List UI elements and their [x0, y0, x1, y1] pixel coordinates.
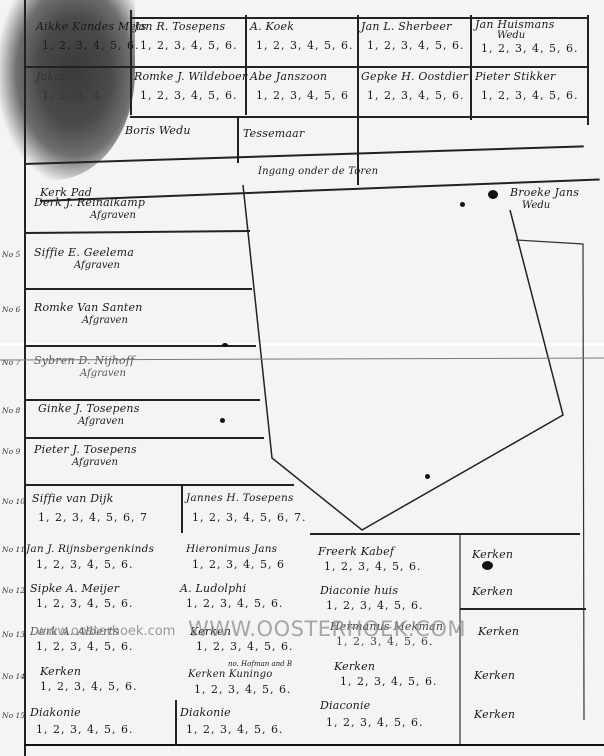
margin-number: No 10 — [2, 497, 25, 506]
plot-cell: Diaconie huis 1, 2, 3, 4, 5, 6. — [320, 584, 423, 612]
plot-owner: Diakonie — [30, 706, 133, 719]
ink-spot — [460, 202, 465, 207]
ink-spot — [488, 190, 498, 199]
plot-cell: A. Ludolphi 1, 2, 3, 4, 5, 6. — [180, 582, 283, 610]
grave-numbers: 1, 2, 3, 4, 5, 6. — [30, 723, 133, 736]
ink-spot — [220, 418, 225, 423]
grave-numbers: 1, 2, 3, 4, 5, 6, 7. — [186, 511, 306, 524]
plot-cell: Jan J. Rijnsbergenkinds 1, 2, 3, 4, 5, 6… — [26, 543, 154, 571]
grave-numbers: 1, 2, 3, 4, 5, 6. — [26, 558, 154, 571]
plot-cell: Sipke A. Meijer 1, 2, 3, 4, 5, 6. — [30, 582, 133, 610]
grave-numbers: 1, 2, 3, 4, 5, 6. — [40, 680, 137, 693]
grave-numbers: 1, 2, 3, 4, 5, 6. — [30, 640, 133, 653]
grave-numbers: 1, 2, 3, 4, 5, 6, 7 — [32, 511, 148, 524]
plot-owner: Kerken — [478, 625, 519, 638]
plot-owner: Kerken — [472, 585, 513, 598]
plot-cell: Diakonie 1, 2, 3, 4, 5, 6. — [30, 706, 133, 736]
margin-number: No 14 — [2, 672, 25, 681]
plot-cell: Hieronimus Jans 1, 2, 3, 4, 5, 6 — [186, 543, 285, 571]
plot-cell: Siffie van Dijk 1, 2, 3, 4, 5, 6, 7 — [32, 492, 148, 524]
plot-cell: no. Hofman and B Kerken Kuningo 1, 2, 3,… — [188, 660, 292, 696]
plot-owner: Kerken — [474, 669, 515, 682]
plot-owner: A. Ludolphi — [180, 582, 283, 595]
plot-owner: Kerken — [40, 665, 137, 678]
grave-numbers: 1, 2, 3, 4, 5, 6. — [190, 640, 293, 653]
grave-numbers: 1, 2, 3, 4, 5, 6. — [180, 597, 283, 610]
plot-owner: Hieronimus Jans — [186, 543, 285, 556]
watermark-large: WWW.OOSTERHOEK.COM — [188, 617, 466, 641]
grid-line — [310, 533, 580, 535]
plot-cell: Diakonie 1, 2, 3, 4, 5, 6. — [180, 706, 283, 736]
plot-owner: Diaconie huis — [320, 584, 423, 597]
scanned-page: Aikke Kandes Mets 1, 2, 3, 4, 5, 6. Jan … — [0, 0, 604, 756]
plot-cell: Diaconie 1, 2, 3, 4, 5, 6. — [320, 699, 423, 729]
ink-spot — [482, 561, 493, 570]
grave-numbers: 1, 2, 3, 4, 5, 6. — [30, 597, 133, 610]
grave-numbers: 1, 2, 3, 4, 5, 6. — [188, 683, 292, 696]
plot-owner: Kerken — [334, 660, 437, 673]
plot-owner: Kerken — [472, 548, 513, 561]
plot-cell: Kerken — [478, 625, 519, 638]
grid-line — [175, 700, 177, 746]
plot-cell: Kerken — [472, 585, 513, 598]
ink-spot — [222, 343, 228, 347]
grave-numbers: 1, 2, 3, 4, 5, 6. — [318, 560, 421, 573]
plot-owner: Kerken Kuningo — [188, 668, 292, 681]
grave-numbers: 1, 2, 3, 4, 5, 6. — [334, 675, 437, 688]
grid-line — [181, 485, 183, 533]
grave-numbers: 1, 2, 3, 4, 5, 6. — [180, 723, 283, 736]
margin-number: No 13 — [2, 630, 25, 639]
plot-cell: Kerken — [474, 669, 515, 682]
ink-spot — [425, 474, 430, 479]
plot-owner: Kerken — [474, 708, 515, 721]
plot-sub-label: no. Hofman and B — [188, 660, 292, 668]
plot-cell: Jannes H. Tosepens 1, 2, 3, 4, 5, 6, 7. — [186, 492, 306, 524]
plot-owner: Jan J. Rijnsbergenkinds — [26, 543, 154, 556]
margin-number: No 15 — [2, 711, 25, 720]
margin-number: No 12 — [2, 586, 25, 595]
grave-numbers: 1, 2, 3, 4, 5, 6. — [320, 599, 423, 612]
plot-owner: Jannes H. Tosepens — [186, 492, 306, 505]
plot-cell: Freerk Kabef 1, 2, 3, 4, 5, 6. — [318, 545, 421, 573]
grave-numbers: 1, 2, 3, 4, 5, 6 — [186, 558, 285, 571]
margin-number: No 11 — [2, 545, 25, 554]
plot-cell: Kerken 1, 2, 3, 4, 5, 6. — [40, 665, 137, 693]
plot-owner: Diaconie — [320, 699, 423, 712]
grid-line — [460, 608, 586, 610]
grave-numbers: 1, 2, 3, 4, 5, 6. — [320, 716, 423, 729]
plot-owner: Diakonie — [180, 706, 283, 719]
watermark-small: www.oosterhoek.com — [36, 624, 175, 639]
plot-cell: Kerken — [474, 708, 515, 721]
plot-owner: Siffie van Dijk — [32, 492, 148, 505]
plot-cell: Kerken — [472, 548, 513, 561]
plot-owner: Sipke A. Meijer — [30, 582, 133, 595]
plot-cell: Kerken 1, 2, 3, 4, 5, 6. — [334, 660, 437, 688]
plot-owner: Freerk Kabef — [318, 545, 421, 558]
